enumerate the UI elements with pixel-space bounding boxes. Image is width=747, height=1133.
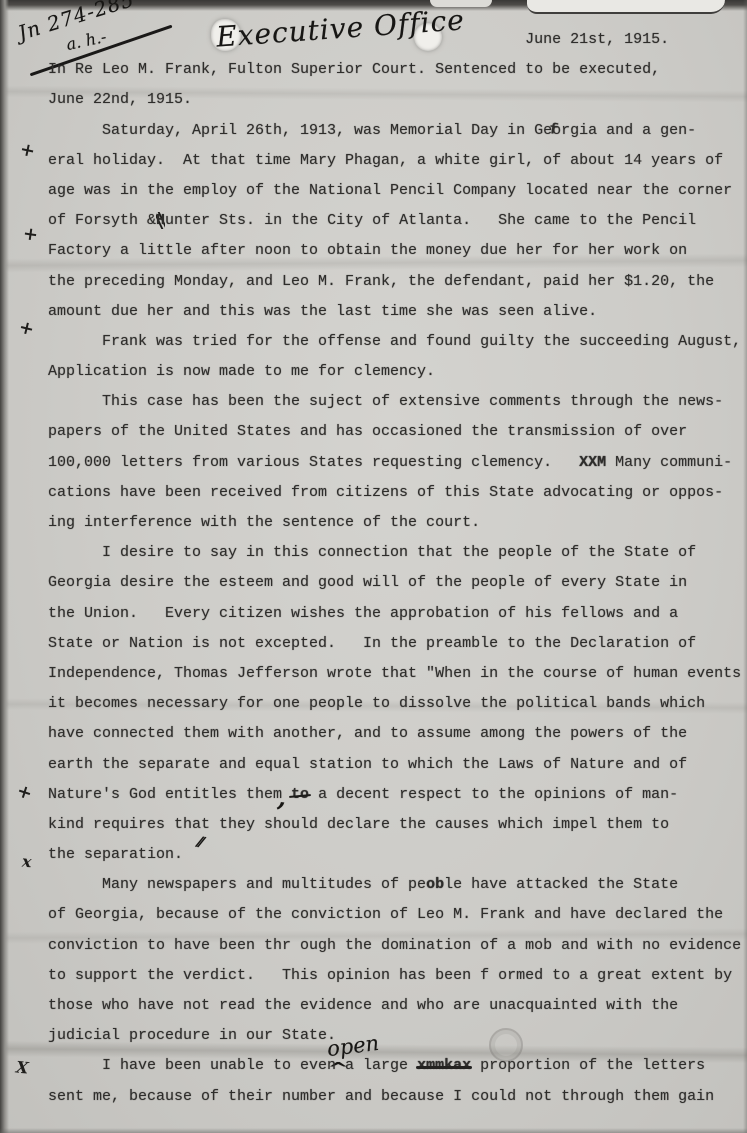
typed-line: those who have not read the evidence and… bbox=[48, 991, 747, 1021]
typed-seg: earth the separate and equal station to … bbox=[48, 756, 687, 773]
typed-line: ing interference with the sentence of th… bbox=[48, 508, 747, 538]
margin-mark-icon: x bbox=[21, 852, 32, 872]
typed-seg: kind requires that they should declare t… bbox=[48, 816, 669, 833]
typed-seg: it becomes necessary for one people to d… bbox=[48, 695, 705, 712]
margin-mark-icon: + bbox=[17, 316, 37, 340]
typed-seg: conviction to have been thr ough the dom… bbox=[48, 937, 741, 954]
typed-line: it becomes necessary for one people to d… bbox=[48, 689, 747, 719]
typed-line: of Forsyth &Hunter Sts. in the City of A… bbox=[48, 206, 747, 236]
typed-seg: the preceding Monday, and Leo M. Frank, … bbox=[48, 273, 714, 290]
typed-line: 100,000 letters from various States requ… bbox=[48, 448, 747, 478]
typed-seg: Many communi- bbox=[606, 454, 732, 471]
typed-seg-sl: H bbox=[156, 212, 165, 229]
typed-line: June 21st, 1915. bbox=[48, 25, 747, 55]
typed-line: eral holiday. At that time Mary Phagan, … bbox=[48, 146, 747, 176]
typed-seg: a decent respect to the opinions of man- bbox=[309, 786, 678, 803]
typed-seg: to support the verdict. This opinion has… bbox=[48, 967, 732, 984]
typed-seg: Frank was tried for the offense and foun… bbox=[48, 333, 741, 350]
typed-seg: cations have been received from citizens… bbox=[48, 484, 723, 501]
margin-mark-icon: X bbox=[15, 1057, 29, 1077]
typed-seg: Independence, Thomas Jefferson wrote tha… bbox=[48, 665, 741, 682]
typed-line: amount due her and this was the last tim… bbox=[48, 297, 747, 327]
typed-seg-b: XXM bbox=[579, 454, 606, 471]
margin-mark-icon: + bbox=[14, 780, 35, 805]
typed-line: Factory a little after noon to obtain th… bbox=[48, 236, 747, 266]
typed-line: Frank was tried for the offense and foun… bbox=[48, 327, 747, 357]
typed-line: I desire to say in this connection that … bbox=[48, 538, 747, 568]
typed-seg: proportion of the letters bbox=[471, 1057, 705, 1074]
margin-mark-icon: + bbox=[22, 223, 40, 246]
typed-seg: Saturday, April 26th, 1913, was Memorial… bbox=[48, 122, 552, 139]
typed-line: Saturday, April 26th, 1913, was Memorial… bbox=[48, 116, 747, 146]
typed-seg: sent me, because of their number and bec… bbox=[48, 1088, 714, 1105]
typed-seg: June 21st, 1915. bbox=[48, 31, 669, 48]
typed-seg: the Union. Every citizen wishes the appr… bbox=[48, 605, 678, 622]
typed-seg: the separation. bbox=[48, 846, 183, 863]
typed-seg: Georgia desire the esteem and good will … bbox=[48, 574, 687, 591]
typed-seg: This case has been the suject of extensi… bbox=[48, 393, 723, 410]
typed-line: kind requires that they should declare t… bbox=[48, 810, 747, 840]
typed-seg: unter Sts. in the City of Atlanta. She c… bbox=[165, 212, 696, 229]
typed-line: June 22nd, 1915. bbox=[48, 85, 747, 115]
scanned-document-page: Jn 274-285 a. h.- Executive Office , // … bbox=[0, 0, 747, 1133]
typed-seg: I desire to say in this connection that … bbox=[48, 544, 696, 561]
typed-seg: Nature's God entitles them bbox=[48, 786, 291, 803]
typed-seg: Factory a little after noon to obtain th… bbox=[48, 242, 687, 259]
typed-line: Nature's God entitles them to a decent r… bbox=[48, 780, 747, 810]
typed-line: to support the verdict. This opinion has… bbox=[48, 961, 747, 991]
typed-seg: le have attacked the State bbox=[444, 876, 678, 893]
typed-seg: ing interference with the sentence of th… bbox=[48, 514, 480, 531]
typed-seg: have connected them with another, and to… bbox=[48, 725, 687, 742]
typed-seg-hs: to bbox=[291, 786, 309, 803]
typed-line: the Union. Every citizen wishes the appr… bbox=[48, 599, 747, 629]
scan-bottom-edge bbox=[0, 1128, 747, 1133]
typed-line: papers of the United States and has occa… bbox=[48, 417, 747, 447]
typed-seg: orgia and a gen- bbox=[552, 122, 696, 139]
typed-seg: age was in the employ of the National Pe… bbox=[48, 182, 732, 199]
typed-seg: Many newspapers and multitudes of pe bbox=[48, 876, 426, 893]
typed-seg-bx: xmmkax bbox=[417, 1057, 471, 1074]
typed-line: of Georgia, because of the conviction of… bbox=[48, 900, 747, 930]
margin-mark-icon: + bbox=[18, 139, 37, 163]
typed-seg: Application is now made to me for clemen… bbox=[48, 363, 435, 380]
typed-line: This case has been the suject of extensi… bbox=[48, 387, 747, 417]
typed-seg: amount due her and this was the last tim… bbox=[48, 303, 597, 320]
typed-line: judicial procedure in our State. bbox=[48, 1021, 747, 1051]
typed-seg: eral holiday. At that time Mary Phagan, … bbox=[48, 152, 723, 169]
typed-seg: papers of the United States and has occa… bbox=[48, 423, 687, 440]
typed-line: I have been unable to even a large xmmka… bbox=[48, 1051, 747, 1081]
typed-line: State or Nation is not excepted. In the … bbox=[48, 629, 747, 659]
typed-line: Georgia desire the esteem and good will … bbox=[48, 568, 747, 598]
typed-line: have connected them with another, and to… bbox=[48, 719, 747, 749]
typed-seg: State or Nation is not excepted. In the … bbox=[48, 635, 696, 652]
typed-line: Independence, Thomas Jefferson wrote tha… bbox=[48, 659, 747, 689]
typed-seg: judicial procedure in our State. bbox=[48, 1027, 336, 1044]
typed-line: the separation. bbox=[48, 840, 747, 870]
typed-line: In Re Leo M. Frank, Fulton Superior Cour… bbox=[48, 55, 747, 85]
typed-line: Many newspapers and multitudes of peoble… bbox=[48, 870, 747, 900]
typed-seg: In Re Leo M. Frank, Fulton Superior Cour… bbox=[48, 61, 660, 78]
typed-text: June 21st, 1915.In Re Leo M. Frank, Fult… bbox=[48, 25, 747, 1112]
typed-line: sent me, because of their number and bec… bbox=[48, 1082, 747, 1112]
scan-top-highlight bbox=[527, 0, 725, 14]
typed-line: the preceding Monday, and Leo M. Frank, … bbox=[48, 267, 747, 297]
typed-seg: those who have not read the evidence and… bbox=[48, 997, 678, 1014]
typed-line: conviction to have been thr ough the dom… bbox=[48, 931, 747, 961]
typed-seg: 100,000 letters from various States requ… bbox=[48, 454, 579, 471]
typed-seg: of Forsyth & bbox=[48, 212, 156, 229]
typed-line: earth the separate and equal station to … bbox=[48, 750, 747, 780]
scan-left-edge bbox=[0, 0, 9, 1133]
typed-line: age was in the employ of the National Pe… bbox=[48, 176, 747, 206]
typed-line: cations have been received from citizens… bbox=[48, 478, 747, 508]
typed-line: Application is now made to me for clemen… bbox=[48, 357, 747, 387]
typed-seg: of Georgia, because of the conviction of… bbox=[48, 906, 723, 923]
typed-seg: June 22nd, 1915. bbox=[48, 91, 192, 108]
typed-seg-b: ob bbox=[426, 876, 444, 893]
typed-seg: I have been unable to even a large bbox=[48, 1057, 417, 1074]
